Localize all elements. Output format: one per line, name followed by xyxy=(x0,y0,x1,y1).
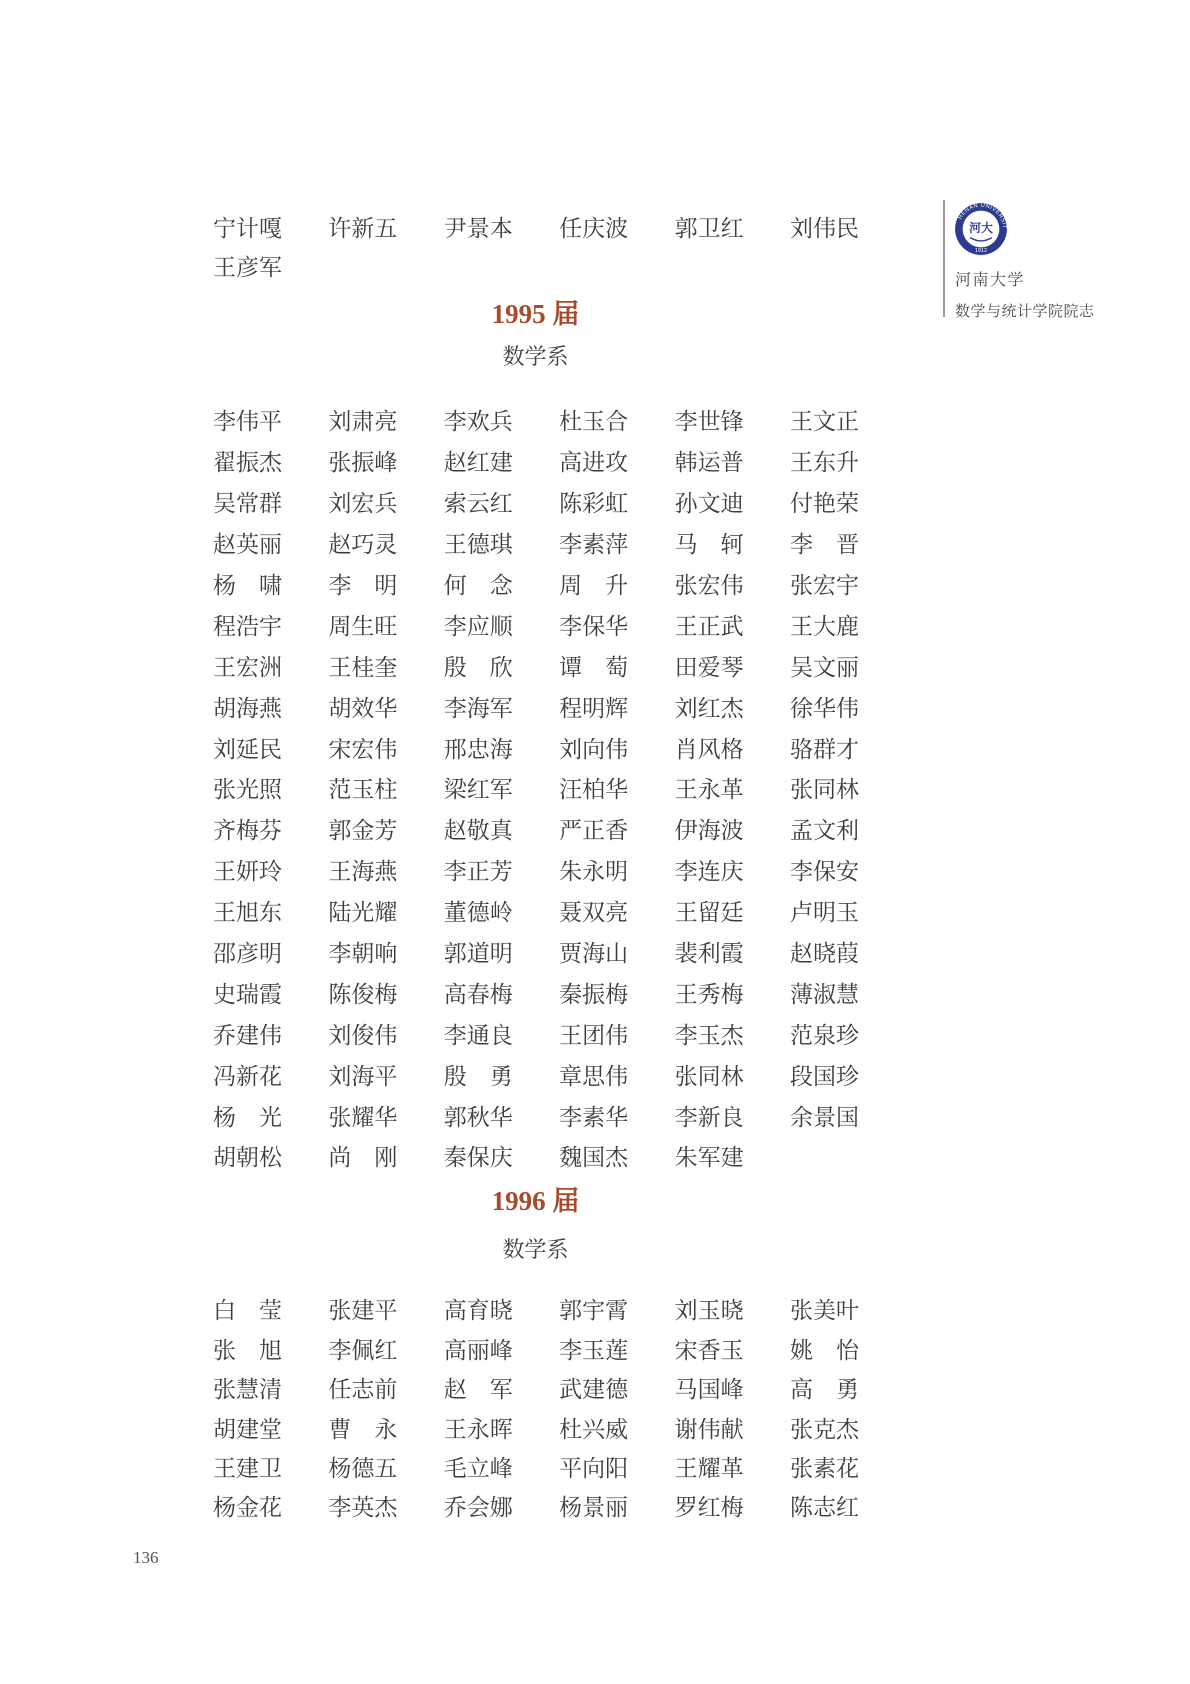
seal-center-monogram: 河大 xyxy=(969,221,993,235)
student-name: 乔建伟 xyxy=(213,1017,282,1050)
name-row: 王彦军 xyxy=(213,246,893,285)
student-name: 刘海平 xyxy=(328,1058,397,1091)
name-row: 刘延民宋宏伟邢忠海刘向伟肖风格骆群才 xyxy=(213,727,893,768)
student-name: 朱永明 xyxy=(559,853,628,886)
student-name: 李海军 xyxy=(444,690,513,723)
name-row: 吴常群刘宏兵索云红陈彩虹孙文迪付艳荣 xyxy=(213,481,893,522)
student-name: 谭 萄 xyxy=(559,649,628,682)
student-name: 尹景本 xyxy=(444,210,513,243)
student-name: 陆光耀 xyxy=(328,894,397,927)
student-name: 胡海燕 xyxy=(213,690,282,723)
student-name: 陈俊梅 xyxy=(328,976,397,1009)
student-name: 尚 刚 xyxy=(328,1139,397,1172)
continuation-name-grid: 宁计嘎许新五尹景本任庆波郭卫红刘伟民王彦军 xyxy=(213,207,893,285)
student-name: 刘玉晓 xyxy=(675,1292,744,1325)
student-name: 高丽峰 xyxy=(444,1332,513,1365)
student-name: 梁红军 xyxy=(444,771,513,804)
student-name: 魏国杰 xyxy=(559,1139,628,1172)
student-name: 裴利霞 xyxy=(675,935,744,968)
student-name: 王大鹿 xyxy=(790,608,859,641)
student-name: 任志前 xyxy=(328,1371,397,1404)
name-row: 王宏洲王桂奎殷 欣谭 萄田爱琴吴文丽 xyxy=(213,645,893,686)
student-name: 李世锋 xyxy=(675,403,744,436)
student-name: 汪柏华 xyxy=(559,771,628,804)
student-name: 李素华 xyxy=(559,1099,628,1132)
student-name: 段国珍 xyxy=(790,1058,859,1091)
student-name: 宋香玉 xyxy=(675,1332,744,1365)
student-name: 徐华伟 xyxy=(790,690,859,723)
student-name: 肖风格 xyxy=(675,731,744,764)
student-name: 任庆波 xyxy=(559,210,628,243)
name-row: 李伟平刘肃亮李欢兵杜玉合李世锋王文正 xyxy=(213,400,893,441)
student-name: 卢明玉 xyxy=(790,894,859,927)
name-row: 王建卫杨德五毛立峰平向阳王耀革张素花 xyxy=(213,1447,893,1486)
student-name: 刘俊伟 xyxy=(328,1017,397,1050)
student-name: 薄淑慧 xyxy=(790,976,859,1009)
university-seal-icon: HENAN UNIVERSITY 1912 河大 xyxy=(954,202,1008,256)
name-row: 胡建堂曹 永王永晖杜兴威谢伟献张克杰 xyxy=(213,1407,893,1446)
student-name: 宁计嘎 xyxy=(213,210,282,243)
year-heading: 1995 届 xyxy=(213,300,858,328)
name-row: 张慧清任志前赵 军武建德马国峰高 勇 xyxy=(213,1368,893,1407)
student-name: 刘肃亮 xyxy=(328,403,397,436)
document-page: 宁计嘎许新五尹景本任庆波郭卫红刘伟民王彦军 HENAN UNIVERSITY 1… xyxy=(0,0,1190,1684)
student-name: 冯新花 xyxy=(213,1058,282,1091)
student-name: 李应顺 xyxy=(444,608,513,641)
student-name: 王团伟 xyxy=(559,1017,628,1050)
student-name: 王正武 xyxy=(675,608,744,641)
student-name: 李朝响 xyxy=(328,935,397,968)
name-row: 史瑞霞陈俊梅高春梅秦振梅王秀梅薄淑慧 xyxy=(213,972,893,1013)
student-name: 赵晓葭 xyxy=(790,935,859,968)
student-name: 齐梅芬 xyxy=(213,812,282,845)
student-name: 胡建堂 xyxy=(213,1411,282,1444)
sidebar-divider-line xyxy=(943,200,945,317)
department-heading: 数学系 xyxy=(213,345,858,369)
student-name: 赵巧灵 xyxy=(328,526,397,559)
student-name: 周 升 xyxy=(559,567,628,600)
name-row: 赵英丽赵巧灵王德琪李素萍马 轲李 晋 xyxy=(213,522,893,563)
name-row: 冯新花刘海平殷 勇章思伟张同林段国珍 xyxy=(213,1054,893,1095)
student-name: 杨 啸 xyxy=(213,567,282,600)
name-row: 杨金花李英杰乔会娜杨景丽罗红梅陈志红 xyxy=(213,1486,893,1525)
student-name: 陈彩虹 xyxy=(559,485,628,518)
name-row: 王旭东陆光耀董德岭聂双亮王留廷卢明玉 xyxy=(213,890,893,931)
student-name: 秦振梅 xyxy=(559,976,628,1009)
student-name: 张振峰 xyxy=(328,444,397,477)
student-name: 李连庆 xyxy=(675,853,744,886)
student-name: 杨景丽 xyxy=(559,1489,628,1522)
student-name: 何 念 xyxy=(444,567,513,600)
student-name: 高春梅 xyxy=(444,976,513,1009)
student-name: 李 晋 xyxy=(790,526,859,559)
student-name: 聂双亮 xyxy=(559,894,628,927)
graduate-name-grid: 李伟平刘肃亮李欢兵杜玉合李世锋王文正翟振杰张振峰赵红建高进攻韩运普王东升吴常群刘… xyxy=(213,400,893,1177)
student-name: 张素花 xyxy=(790,1450,859,1483)
student-name: 张建平 xyxy=(328,1292,397,1325)
page-number: 136 xyxy=(133,1548,159,1568)
department-heading: 数学系 xyxy=(213,1238,858,1262)
student-name: 程浩宇 xyxy=(213,608,282,641)
name-row: 杨 啸李 明何 念周 升张宏伟张宏宇 xyxy=(213,563,893,604)
student-name: 赵敬真 xyxy=(444,812,513,845)
student-name: 翟振杰 xyxy=(213,444,282,477)
name-row: 程浩宇周生旺李应顺李保华王正武王大鹿 xyxy=(213,604,893,645)
student-name: 骆群才 xyxy=(790,731,859,764)
student-name: 张克杰 xyxy=(790,1411,859,1444)
seal-year-text: 1912 xyxy=(975,248,987,254)
name-row: 胡朝松尚 刚秦保庆魏国杰朱军建 xyxy=(213,1136,893,1177)
student-name: 余景国 xyxy=(790,1099,859,1132)
student-name: 杨金花 xyxy=(213,1489,282,1522)
student-name: 张同林 xyxy=(675,1058,744,1091)
student-name: 王彦军 xyxy=(213,249,282,282)
student-name: 李欢兵 xyxy=(444,403,513,436)
sidebar-university-name: 河南大学 xyxy=(955,267,1025,290)
student-name: 许新五 xyxy=(328,210,397,243)
student-name: 李保华 xyxy=(559,608,628,641)
student-name: 殷 欣 xyxy=(444,649,513,682)
student-name: 李素萍 xyxy=(559,526,628,559)
student-name: 朱军建 xyxy=(675,1139,744,1172)
student-name: 王旭东 xyxy=(213,894,282,927)
student-name: 李通良 xyxy=(444,1017,513,1050)
student-name: 张耀华 xyxy=(328,1099,397,1132)
student-name: 史瑞霞 xyxy=(213,976,282,1009)
student-name: 刘向伟 xyxy=(559,731,628,764)
student-name: 罗红梅 xyxy=(675,1489,744,1522)
student-name: 王建卫 xyxy=(213,1450,282,1483)
student-name: 王东升 xyxy=(790,444,859,477)
student-name: 孟文利 xyxy=(790,812,859,845)
student-name: 杜兴威 xyxy=(559,1411,628,1444)
student-name: 谢伟献 xyxy=(675,1411,744,1444)
student-name: 郭道明 xyxy=(444,935,513,968)
henan-university-seal-logo: HENAN UNIVERSITY 1912 河大 xyxy=(954,202,1008,256)
student-name: 孙文迪 xyxy=(675,485,744,518)
student-name: 王留廷 xyxy=(675,894,744,927)
student-name: 毛立峰 xyxy=(444,1450,513,1483)
student-name: 李英杰 xyxy=(328,1489,397,1522)
name-row: 杨 光张耀华郭秋华李素华李新良余景国 xyxy=(213,1095,893,1136)
student-name: 伊海波 xyxy=(675,812,744,845)
student-name: 赵 军 xyxy=(444,1371,513,1404)
student-name: 吴文丽 xyxy=(790,649,859,682)
student-name: 韩运普 xyxy=(675,444,744,477)
student-name: 殷 勇 xyxy=(444,1058,513,1091)
name-row: 胡海燕胡效华李海军程明辉刘红杰徐华伟 xyxy=(213,686,893,727)
student-name: 王耀革 xyxy=(675,1450,744,1483)
student-name: 曹 永 xyxy=(328,1411,397,1444)
name-row: 乔建伟刘俊伟李通良王团伟李玉杰范泉珍 xyxy=(213,1013,893,1054)
student-name: 张同林 xyxy=(790,771,859,804)
student-name: 董德岭 xyxy=(444,894,513,927)
student-name: 刘红杰 xyxy=(675,690,744,723)
student-name: 郭宇霄 xyxy=(559,1292,628,1325)
name-row: 齐梅芬郭金芳赵敬真严正香伊海波孟文利 xyxy=(213,808,893,849)
student-name: 杜玉合 xyxy=(559,403,628,436)
student-name: 姚 怡 xyxy=(790,1332,859,1365)
student-name: 王德琪 xyxy=(444,526,513,559)
student-name: 李伟平 xyxy=(213,403,282,436)
student-name: 张 旭 xyxy=(213,1332,282,1365)
student-name: 李正芳 xyxy=(444,853,513,886)
student-name: 高育晓 xyxy=(444,1292,513,1325)
student-name: 平向阳 xyxy=(559,1450,628,1483)
student-name: 胡朝松 xyxy=(213,1139,282,1172)
student-name: 田爱琴 xyxy=(675,649,744,682)
student-name: 李新良 xyxy=(675,1099,744,1132)
student-name: 王桂奎 xyxy=(328,649,397,682)
student-name: 郭秋华 xyxy=(444,1099,513,1132)
student-name: 郭金芳 xyxy=(328,812,397,845)
student-name: 邢忠海 xyxy=(444,731,513,764)
student-name: 周生旺 xyxy=(328,608,397,641)
student-name: 王文正 xyxy=(790,403,859,436)
student-name: 王永晖 xyxy=(444,1411,513,1444)
student-name: 邵彦明 xyxy=(213,935,282,968)
graduate-name-grid: 白 莹张建平高育晓郭宇霄刘玉晓张美叶张 旭李佩红高丽峰李玉莲宋香玉姚 怡张慧清任… xyxy=(213,1289,893,1525)
student-name: 陈志红 xyxy=(790,1489,859,1522)
year-heading: 1996 届 xyxy=(213,1187,858,1215)
student-name: 宋宏伟 xyxy=(328,731,397,764)
student-name: 贾海山 xyxy=(559,935,628,968)
student-name: 赵英丽 xyxy=(213,526,282,559)
student-name: 乔会娜 xyxy=(444,1489,513,1522)
name-row: 张 旭李佩红高丽峰李玉莲宋香玉姚 怡 xyxy=(213,1329,893,1368)
student-name: 刘伟民 xyxy=(790,210,859,243)
student-name: 武建德 xyxy=(559,1371,628,1404)
student-name: 李保安 xyxy=(790,853,859,886)
student-name: 王海燕 xyxy=(328,853,397,886)
student-name: 李佩红 xyxy=(328,1332,397,1365)
student-name: 张光照 xyxy=(213,771,282,804)
student-name: 张宏宇 xyxy=(790,567,859,600)
student-name: 李玉杰 xyxy=(675,1017,744,1050)
student-name: 高进攻 xyxy=(559,444,628,477)
student-name: 范泉珍 xyxy=(790,1017,859,1050)
student-name: 郭卫红 xyxy=(675,210,744,243)
student-name: 索云红 xyxy=(444,485,513,518)
student-name: 王妍玲 xyxy=(213,853,282,886)
student-name: 张美叶 xyxy=(790,1292,859,1325)
name-row: 王妍玲王海燕李正芳朱永明李连庆李保安 xyxy=(213,849,893,890)
student-name: 付艳荣 xyxy=(790,485,859,518)
student-name: 刘宏兵 xyxy=(328,485,397,518)
student-name: 张慧清 xyxy=(213,1371,282,1404)
student-name: 刘延民 xyxy=(213,731,282,764)
student-name: 马 轲 xyxy=(675,526,744,559)
name-row: 白 莹张建平高育晓郭宇霄刘玉晓张美叶 xyxy=(213,1289,893,1328)
student-name: 程明辉 xyxy=(559,690,628,723)
student-name: 杨德五 xyxy=(328,1450,397,1483)
name-row: 邵彦明李朝响郭道明贾海山裴利霞赵晓葭 xyxy=(213,931,893,972)
student-name: 李 明 xyxy=(328,567,397,600)
student-name: 马国峰 xyxy=(675,1371,744,1404)
student-name: 范玉柱 xyxy=(328,771,397,804)
student-name: 王永革 xyxy=(675,771,744,804)
sidebar-book-title: 数学与统计学院院志 xyxy=(955,300,1095,321)
student-name: 白 莹 xyxy=(213,1292,282,1325)
student-name: 严正香 xyxy=(559,812,628,845)
student-name: 高 勇 xyxy=(790,1371,859,1404)
student-name: 杨 光 xyxy=(213,1099,282,1132)
student-name: 胡效华 xyxy=(328,690,397,723)
student-name: 赵红建 xyxy=(444,444,513,477)
student-name: 秦保庆 xyxy=(444,1139,513,1172)
student-name: 吴常群 xyxy=(213,485,282,518)
name-row: 张光照范玉柱梁红军汪柏华王永革张同林 xyxy=(213,768,893,809)
student-name: 章思伟 xyxy=(559,1058,628,1091)
name-row: 宁计嘎许新五尹景本任庆波郭卫红刘伟民 xyxy=(213,207,893,246)
name-row: 翟振杰张振峰赵红建高进攻韩运普王东升 xyxy=(213,440,893,481)
student-name: 李玉莲 xyxy=(559,1332,628,1365)
student-name: 王秀梅 xyxy=(675,976,744,1009)
student-name: 王宏洲 xyxy=(213,649,282,682)
student-name: 张宏伟 xyxy=(675,567,744,600)
